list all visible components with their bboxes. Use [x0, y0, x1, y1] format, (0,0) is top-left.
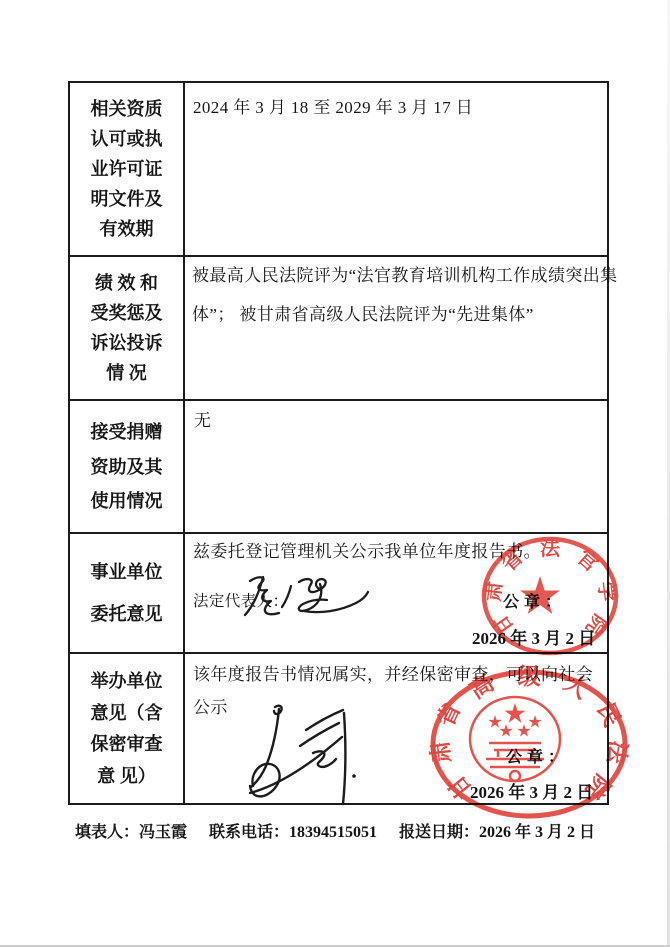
host-opinion-line-2: 公示 — [193, 693, 228, 718]
row-label-performance: 绩 效 和 受奖惩及 诉讼投诉 情 况 — [70, 257, 185, 399]
label-line: 受奖惩及 — [91, 304, 163, 322]
row-label-donation: 接受捐赠 资助及其 使用情况 — [70, 401, 185, 532]
validity-period-value: 2024 年 3 月 18 至 2029 年 3 月 17 日 — [193, 93, 473, 118]
label-line: 相关资质 — [91, 100, 163, 118]
label-line: 委托意见 — [91, 605, 163, 623]
seal-label-entrust: 公章： — [503, 589, 566, 612]
label-line: 意见（含 — [91, 704, 163, 722]
report-table: 相关资质 认可或执 业许可证 明文件及 有效期 绩 效 和 受奖惩及 诉讼投诉 … — [68, 81, 609, 805]
label-line: 情 况 — [106, 364, 147, 382]
row-label-qualification: 相关资质 认可或执 业许可证 明文件及 有效期 — [70, 83, 185, 255]
label-line: 事业单位 — [91, 563, 163, 581]
footer-phone: 联系电话：18394515051 — [209, 824, 377, 841]
document-page: 相关资质 认可或执 业许可证 明文件及 有效期 绩 效 和 受奖惩及 诉讼投诉 … — [0, 0, 670, 947]
footer-preparer: 填表人：冯玉霞 — [75, 824, 187, 841]
label-line: 意 见） — [97, 767, 156, 785]
row-label-host-opinion: 举办单位 意见（含 保密审查 意 见） — [70, 654, 185, 803]
row-content-donation — [185, 401, 607, 532]
performance-line-2: 体”； 被甘肃省高级人民法院评为“先进集体” — [192, 300, 534, 325]
host-opinion-line-1: 该年度报告书情况属实，并经保密审查，可以向社会 — [193, 660, 593, 685]
entrust-statement: 兹委托登记管理机关公示我单位年度报告书。 — [193, 537, 541, 562]
label-line: 明文件及 — [91, 190, 163, 208]
row-label-entrust-opinion: 事业单位 委托意见 — [70, 534, 185, 652]
legal-rep-label: 法定代表人： — [193, 589, 288, 611]
label-line: 有效期 — [100, 220, 154, 238]
entrust-date: 2026 年 3 月 2 日 — [472, 624, 595, 649]
footer-report-date: 报送日期：2026 年 3 月 2 日 — [399, 824, 595, 841]
label-line: 使用情况 — [91, 492, 163, 510]
label-line: 绩 效 和 — [95, 274, 158, 292]
label-line: 保密审查 — [91, 735, 163, 753]
table-row: 接受捐赠 资助及其 使用情况 — [70, 401, 607, 534]
performance-line-1: 被最高人民法院评为“法官教育培训机构工作成绩突出集 — [192, 261, 618, 286]
label-line: 诉讼投诉 — [91, 334, 163, 352]
label-line: 业许可证 — [91, 160, 163, 178]
seal-label-host: 公章： — [506, 744, 569, 767]
label-line: 认可或执 — [91, 130, 163, 148]
host-date: 2026 年 3 月 2 日 — [470, 778, 593, 803]
label-line: 接受捐赠 — [91, 423, 163, 441]
label-line: 资助及其 — [91, 458, 163, 476]
donation-value: 无 — [194, 406, 211, 431]
label-line: 举办单位 — [91, 672, 163, 690]
footer: 填表人：冯玉霞 联系电话：18394515051 报送日期：2026 年 3 月… — [0, 819, 670, 842]
